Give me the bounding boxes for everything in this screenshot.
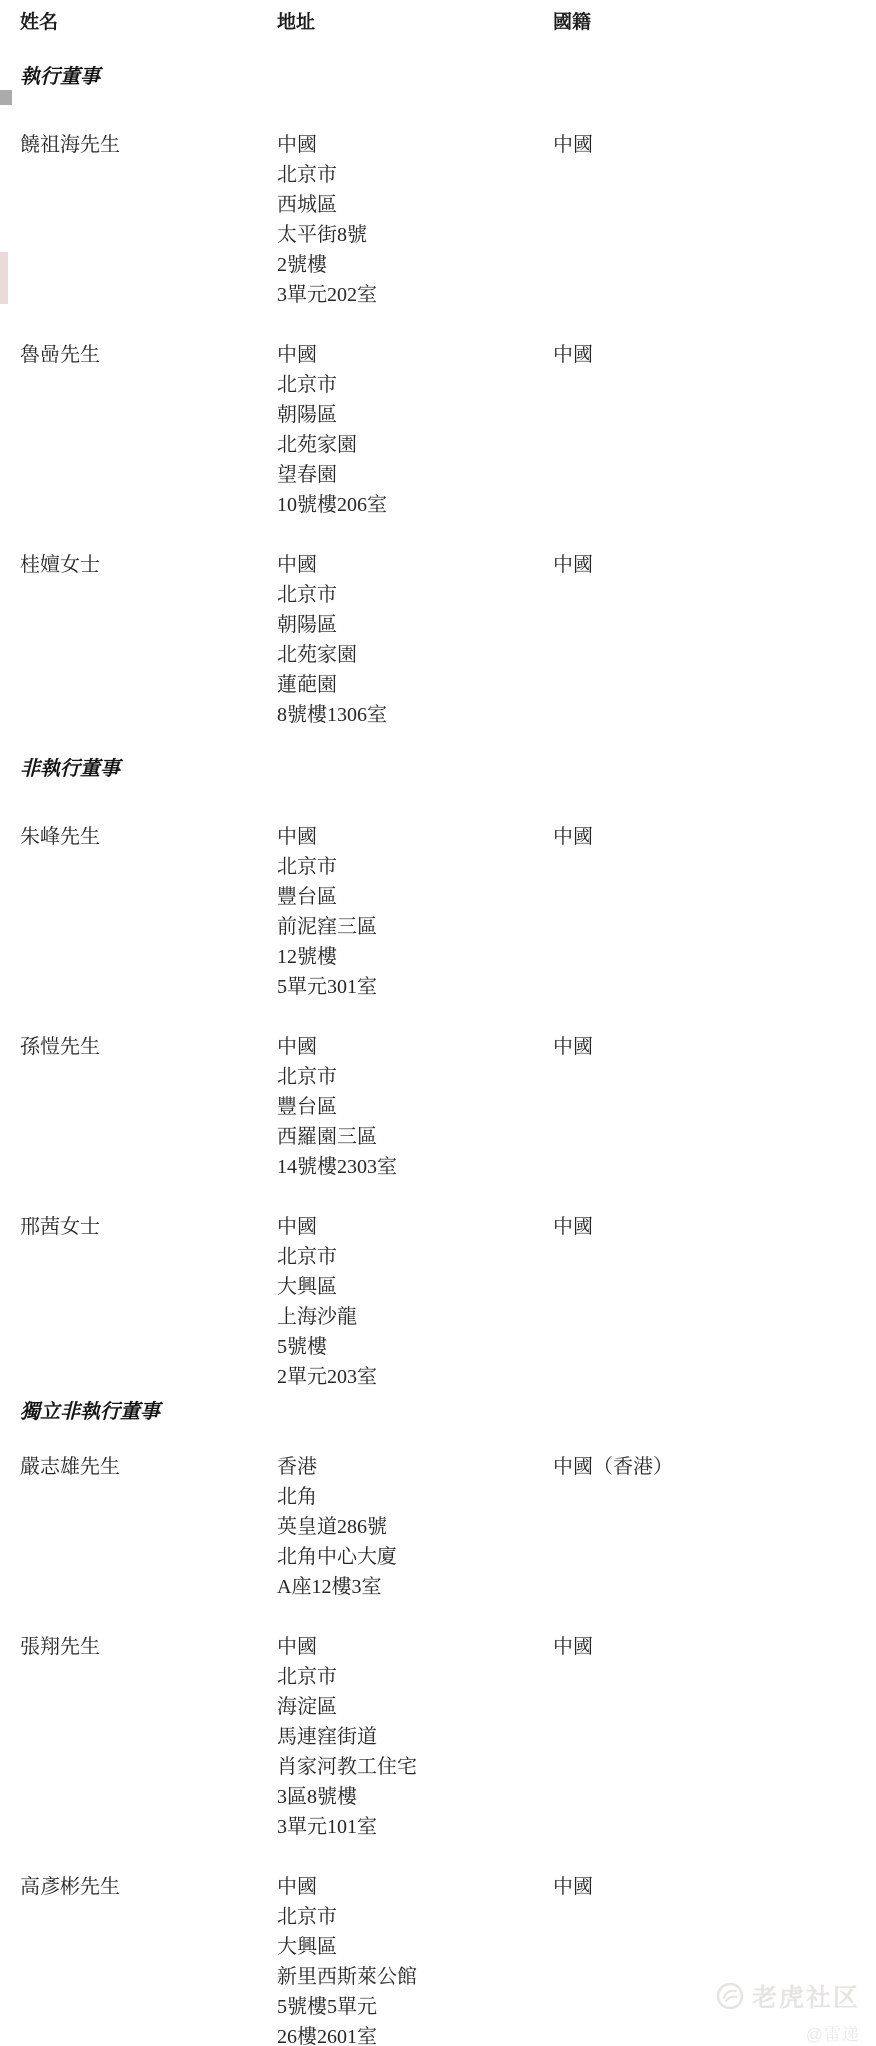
address-line: 2單元203室 [277, 1362, 553, 1392]
address-line: 豐台區 [277, 1092, 553, 1122]
address-line: 5號樓5單元 [277, 1992, 553, 2022]
address-line: 蓮葩園 [277, 670, 553, 700]
address-line: 北京市 [277, 1062, 553, 1092]
director-nationality: 中國 [553, 550, 856, 580]
director-name: 邢茜女士 [20, 1212, 277, 1242]
section-title: 非執行董事 [20, 754, 856, 784]
address-line: 香港 [277, 1452, 553, 1482]
document-page: 姓名 地址 國籍 執行董事 饒祖海先生 中國北京市西城區太平街8號2號樓3單元2… [0, 0, 876, 2046]
director-nationality: 中國 [553, 1632, 856, 1662]
address-line: 望春園 [277, 460, 553, 490]
address-line: 朝陽區 [277, 610, 553, 640]
director-address: 中國北京市豐台區前泥窪三區12號樓5單元301室 [277, 822, 553, 1002]
address-line: 中國 [277, 1032, 553, 1062]
address-line: 8號樓1306室 [277, 700, 553, 730]
director-row: 孫愷先生 中國北京市豐台區西羅園三區14號樓2303室 中國 [20, 1032, 856, 1182]
director-row: 朱峰先生 中國北京市豐台區前泥窪三區12號樓5單元301室 中國 [20, 822, 856, 1002]
director-address: 中國北京市大興區上海沙龍5號樓2單元203室 [277, 1212, 553, 1392]
address-line: 新里西斯萊公館 [277, 1962, 553, 1992]
director-nationality: 中國 [553, 1032, 856, 1062]
address-line: 北京市 [277, 160, 553, 190]
director-name: 孫愷先生 [20, 1032, 277, 1062]
address-line: 西城區 [277, 190, 553, 220]
director-section: 執行董事 饒祖海先生 中國北京市西城區太平街8號2號樓3單元202室 中國 魯喦… [20, 62, 856, 730]
address-line: 3區8號樓 [277, 1782, 553, 1812]
director-address: 中國北京市朝陽區北苑家園望春園10號樓206室 [277, 340, 553, 520]
director-name: 桂嬗女士 [20, 550, 277, 580]
director-nationality: 中國 [553, 1872, 856, 1902]
address-line: 中國 [277, 130, 553, 160]
address-line: 10號樓206室 [277, 490, 553, 520]
address-line: 朝陽區 [277, 400, 553, 430]
address-line: 北角 [277, 1482, 553, 1512]
director-name: 嚴志雄先生 [20, 1452, 277, 1482]
director-section: 獨立非執行董事 嚴志雄先生 香港北角英皇道286號北角中心大廈A座12樓3室 中… [20, 1397, 856, 2046]
address-line: 北京市 [277, 1242, 553, 1272]
address-line: 北角中心大廈 [277, 1542, 553, 1572]
column-header-name: 姓名 [20, 8, 277, 38]
address-line: 2號樓 [277, 250, 553, 280]
section-title: 獨立非執行董事 [20, 1397, 856, 1427]
address-line: 豐台區 [277, 882, 553, 912]
director-name: 朱峰先生 [20, 822, 277, 852]
scan-artifact [0, 90, 12, 105]
director-row: 魯喦先生 中國北京市朝陽區北苑家園望春園10號樓206室 中國 [20, 340, 856, 520]
director-nationality: 中國 [553, 130, 856, 160]
section-rows: 朱峰先生 中國北京市豐台區前泥窪三區12號樓5單元301室 中國 孫愷先生 中國… [20, 822, 856, 1392]
address-line: 肖家河教工住宅 [277, 1752, 553, 1782]
director-name: 魯喦先生 [20, 340, 277, 370]
address-line: 大興區 [277, 1932, 553, 1962]
address-line: 西羅園三區 [277, 1122, 553, 1152]
address-line: 北京市 [277, 1902, 553, 1932]
address-line: 上海沙龍 [277, 1302, 553, 1332]
section-rows: 饒祖海先生 中國北京市西城區太平街8號2號樓3單元202室 中國 魯喦先生 中國… [20, 130, 856, 730]
director-name: 饒祖海先生 [20, 130, 277, 160]
director-row: 張翔先生 中國北京市海淀區馬連窪街道肖家河教工住宅3區8號樓3單元101室 中國 [20, 1632, 856, 1842]
address-line: 太平街8號 [277, 220, 553, 250]
director-nationality: 中國 [553, 340, 856, 370]
director-nationality: 中國 [553, 822, 856, 852]
director-section: 非執行董事 朱峰先生 中國北京市豐台區前泥窪三區12號樓5單元301室 中國 孫… [20, 754, 856, 1392]
director-address: 中國北京市西城區太平街8號2號樓3單元202室 [277, 130, 553, 310]
section-rows: 嚴志雄先生 香港北角英皇道286號北角中心大廈A座12樓3室 中國（香港） 張翔… [20, 1452, 856, 2046]
table-header-row: 姓名 地址 國籍 [20, 8, 856, 38]
address-line: 中國 [277, 1212, 553, 1242]
address-line: 3單元101室 [277, 1812, 553, 1842]
director-address: 中國北京市朝陽區北苑家園蓮葩園8號樓1306室 [277, 550, 553, 730]
director-name: 高彥彬先生 [20, 1872, 277, 1902]
address-line: 海淀區 [277, 1692, 553, 1722]
section-title: 執行董事 [20, 62, 856, 92]
column-header-address: 地址 [277, 8, 553, 38]
director-address: 中國北京市豐台區西羅園三區14號樓2303室 [277, 1032, 553, 1182]
address-line: 14號樓2303室 [277, 1152, 553, 1182]
address-line: 北京市 [277, 370, 553, 400]
scan-artifact [0, 252, 8, 304]
address-line: 北京市 [277, 580, 553, 610]
address-line: 中國 [277, 822, 553, 852]
director-name: 張翔先生 [20, 1632, 277, 1662]
director-address: 香港北角英皇道286號北角中心大廈A座12樓3室 [277, 1452, 553, 1602]
director-row: 饒祖海先生 中國北京市西城區太平街8號2號樓3單元202室 中國 [20, 130, 856, 310]
directors-table: 姓名 地址 國籍 執行董事 饒祖海先生 中國北京市西城區太平街8號2號樓3單元2… [0, 0, 876, 2046]
address-line: 馬連窪街道 [277, 1722, 553, 1752]
director-address: 中國北京市大興區新里西斯萊公館5號樓5單元26樓2601室 [277, 1872, 553, 2046]
address-line: 3單元202室 [277, 280, 553, 310]
director-row: 桂嬗女士 中國北京市朝陽區北苑家園蓮葩園8號樓1306室 中國 [20, 550, 856, 730]
director-row: 邢茜女士 中國北京市大興區上海沙龍5號樓2單元203室 中國 [20, 1212, 856, 1392]
address-line: A座12樓3室 [277, 1572, 553, 1602]
address-line: 北苑家園 [277, 430, 553, 460]
director-nationality: 中國 [553, 1212, 856, 1242]
director-row: 高彥彬先生 中國北京市大興區新里西斯萊公館5號樓5單元26樓2601室 中國 [20, 1872, 856, 2046]
address-line: 中國 [277, 340, 553, 370]
address-line: 北京市 [277, 1662, 553, 1692]
address-line: 前泥窪三區 [277, 912, 553, 942]
address-line: 5單元301室 [277, 972, 553, 1002]
address-line: 中國 [277, 550, 553, 580]
address-line: 5號樓 [277, 1332, 553, 1362]
address-line: 26樓2601室 [277, 2022, 553, 2046]
address-line: 北京市 [277, 852, 553, 882]
director-row: 嚴志雄先生 香港北角英皇道286號北角中心大廈A座12樓3室 中國（香港） [20, 1452, 856, 1602]
address-line: 大興區 [277, 1272, 553, 1302]
address-line: 中國 [277, 1872, 553, 1902]
address-line: 中國 [277, 1632, 553, 1662]
address-line: 北苑家園 [277, 640, 553, 670]
column-header-nationality: 國籍 [553, 8, 856, 38]
director-nationality: 中國（香港） [553, 1452, 856, 1482]
address-line: 12號樓 [277, 942, 553, 972]
directors-table-body: 執行董事 饒祖海先生 中國北京市西城區太平街8號2號樓3單元202室 中國 魯喦… [20, 62, 856, 2046]
address-line: 英皇道286號 [277, 1512, 553, 1542]
director-address: 中國北京市海淀區馬連窪街道肖家河教工住宅3區8號樓3單元101室 [277, 1632, 553, 1842]
